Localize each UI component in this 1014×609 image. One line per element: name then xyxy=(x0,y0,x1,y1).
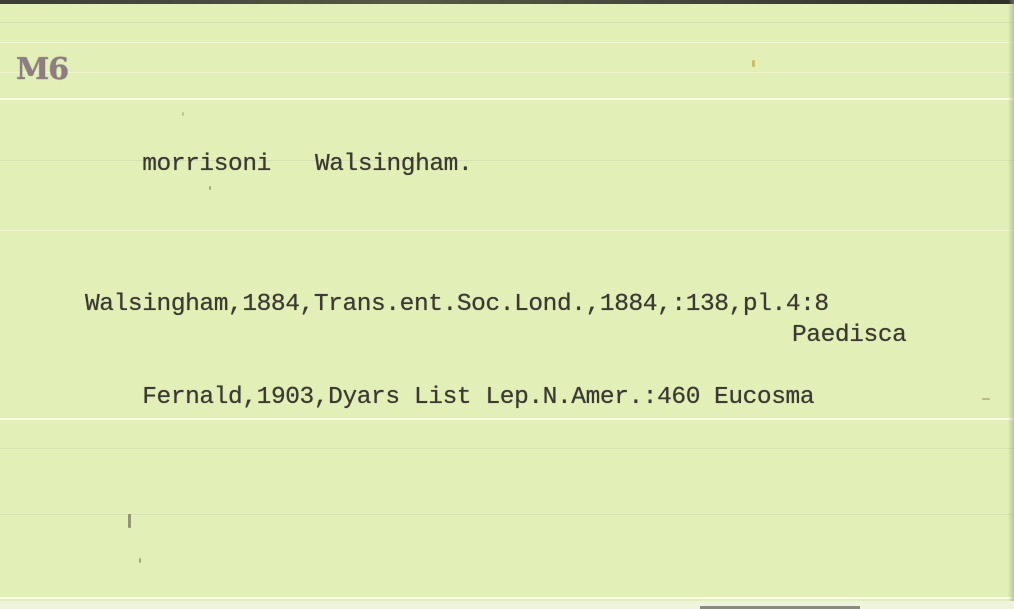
species-epithet: morrisoni xyxy=(142,151,271,178)
card-rule xyxy=(0,98,1014,100)
reference-2-text: Fernald,1903,Dyars List Lep.N.Amer.:460 xyxy=(142,384,700,411)
paper-speck xyxy=(128,514,131,528)
reference-2: Fernald,1903,Dyars List Lep.N.Amer.:460E… xyxy=(85,357,814,438)
card-rule xyxy=(0,22,1014,23)
card-rule xyxy=(0,514,1014,515)
paper-speck xyxy=(182,112,184,116)
paper-speck xyxy=(752,60,755,67)
card-rule xyxy=(0,230,1014,231)
card-rule xyxy=(0,448,1014,449)
card-right-edge xyxy=(1008,0,1014,609)
reference-1: Walsingham,1884,Trans.ent.Soc.Lond.,1884… xyxy=(85,291,829,318)
paper-speck xyxy=(139,558,141,563)
card-rule xyxy=(0,597,1014,599)
paper-speck xyxy=(982,398,990,400)
species-name-line: morrisoniWalsingham. xyxy=(85,124,472,205)
card-bottom-edge xyxy=(0,601,1014,609)
index-card: M6 morrisoniWalsingham. Walsingham,1884,… xyxy=(0,0,1014,609)
reference-1-genus: Paedisca xyxy=(792,322,906,349)
card-top-edge xyxy=(0,0,1014,4)
species-author: Walsingham. xyxy=(315,151,472,178)
reference-2-genus: Eucosma xyxy=(714,384,814,411)
card-rule xyxy=(0,42,1014,43)
card-code-stamp: M6 xyxy=(16,52,68,87)
card-rule xyxy=(0,72,1014,73)
